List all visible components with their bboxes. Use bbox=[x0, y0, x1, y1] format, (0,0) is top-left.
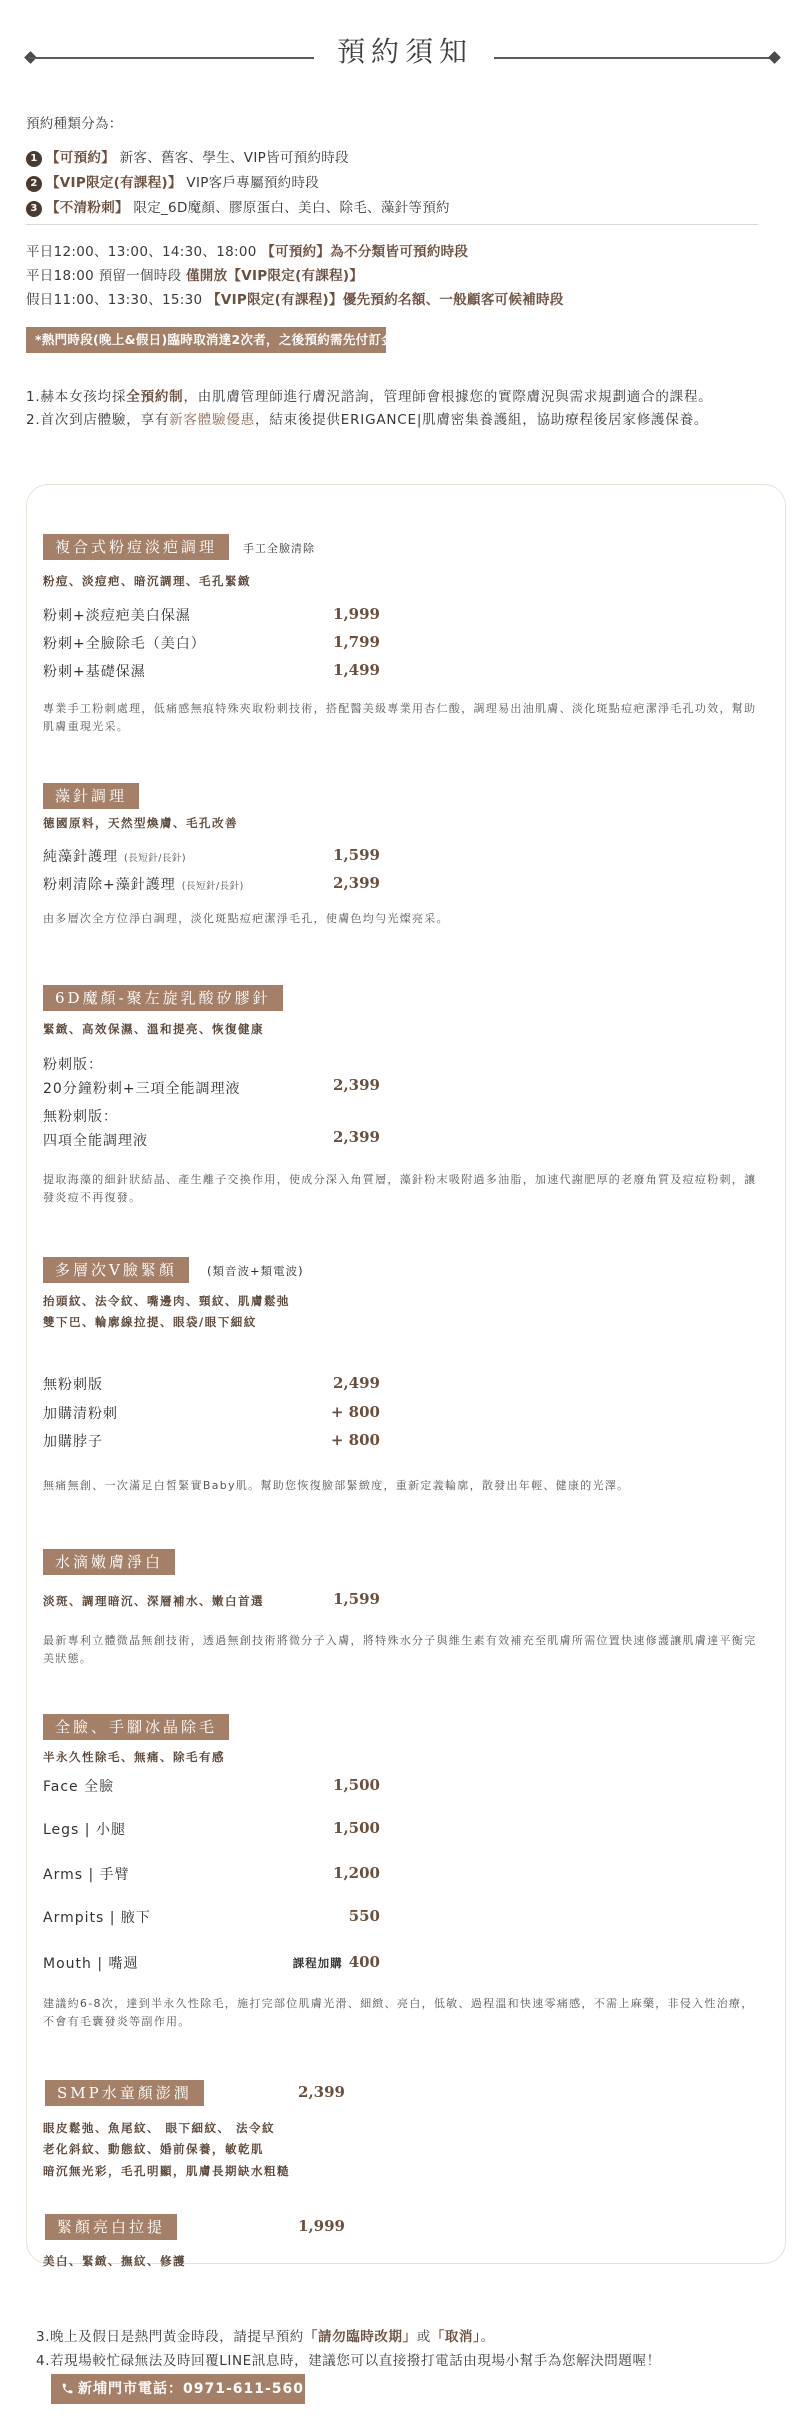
category-label-acne: 複合式粉痘淡疤調理 bbox=[43, 534, 229, 560]
service-item-name: 加購脖子 bbox=[43, 1431, 103, 1451]
category-label-6d: 6D魔顏-聚左旋乳酸矽膠針 bbox=[43, 985, 283, 1011]
category-tagline: 老化斜紋、動態紋、婚前保養，敏乾肌 bbox=[43, 2141, 264, 2157]
booking-type-text: 限定_6D魔顏、膠原蛋白、美白、除毛、藻針等預約 bbox=[133, 200, 449, 216]
number-2-icon: 2 bbox=[26, 176, 42, 192]
category-tagline: 雙下巴、輪廓線拉提、眼袋/眼下細紋 bbox=[43, 1314, 257, 1330]
category-label-water: 水滴嫩膚淨白 bbox=[43, 1549, 175, 1575]
time-slot-line: 假日11:00、13:30、15:30 【VIP限定(有課程)】優先預約名額、一… bbox=[26, 288, 564, 308]
note-text: 1.赫本女孩均採 bbox=[26, 389, 126, 405]
booking-type-label: 【VIP限定(有課程)】 bbox=[46, 175, 182, 191]
category-description: 專業手工粉刺處理，低痛感無痕特殊夾取粉刺技術，搭配醫美級專業用杏仁酸，調理易出油… bbox=[43, 700, 763, 736]
price-prefix: 課程加購 bbox=[293, 1956, 343, 1970]
service-item-name: Face 全臉 bbox=[43, 1776, 114, 1796]
booking-types-heading: 預約種類分為： bbox=[26, 112, 123, 132]
service-item-price: 2,399 bbox=[280, 2083, 345, 2101]
header-ornament-right-icon bbox=[768, 51, 781, 64]
phone-icon bbox=[61, 2382, 74, 2395]
category-description: 最新專利立體微晶無創技術，透過無創技術將微分子入膚，將特殊水分子與維生素有效補充… bbox=[43, 1632, 763, 1668]
note-highlight: 新客體驗優惠 bbox=[169, 412, 255, 428]
category-label-lift: 緊顏亮白拉提 bbox=[45, 2214, 177, 2240]
service-item-name: 粉刺+淡痘疤美白保濕 bbox=[43, 605, 191, 625]
service-item-name: 純藻針護理(長短針/長針) bbox=[43, 846, 186, 866]
service-item-price: 課程加購400 bbox=[230, 1953, 380, 1971]
category-tagline: 半永久性除毛、無痛、除毛有感 bbox=[43, 1749, 225, 1765]
service-item-note: (長短針/長針) bbox=[182, 881, 244, 892]
note-text: 3.晚上及假日是熱門黃金時段，請提早預約 bbox=[36, 2329, 304, 2345]
service-item-name: Legs | 小腿 bbox=[43, 1819, 126, 1839]
category-description: 由多層次全方位淨白調理，淡化斑點痘疤潔淨毛孔，使膚色均勻光燦亮采。 bbox=[43, 910, 763, 928]
service-item-name: Armpits | 腋下 bbox=[43, 1907, 151, 1927]
category-tagline: 暗沉無光彩，毛孔明顯，肌膚長期缺水粗糙 bbox=[43, 2163, 290, 2179]
category-label-vface: 多層次V臉緊顏 bbox=[43, 1257, 189, 1283]
service-item-price: 1,599 bbox=[300, 1590, 380, 1608]
service-variant-label: 粉刺版： bbox=[43, 1054, 103, 1074]
service-item-name: Arms | 手臂 bbox=[43, 1864, 130, 1884]
booking-type-item: 1【可預約】 新客、舊客、學生、VIP皆可預約時段 bbox=[26, 146, 349, 167]
time-slot-times: 假日11:00、13:30、15:30 bbox=[26, 292, 207, 308]
booking-type-item: 2【VIP限定(有課程)】 VIP客戶專屬預約時段 bbox=[26, 171, 319, 192]
service-item-name: Mouth | 嘴週 bbox=[43, 1953, 139, 1973]
note-text: 。 bbox=[480, 2329, 494, 2345]
service-item-title: 純藻針護理 bbox=[43, 849, 118, 865]
service-item-name: 加購清粉刺 bbox=[43, 1403, 118, 1423]
category-subtitle: (類音波+類電波) bbox=[207, 1263, 304, 1279]
service-item-name: 粉刺+基礎保濕 bbox=[43, 661, 146, 681]
service-item-price: + 800 bbox=[300, 1431, 380, 1449]
note-text: ，由肌膚管理師進行膚況諮詢，管理師會根據您的實際膚況與需求規劃適合的課程。 bbox=[183, 389, 712, 405]
service-item-name: 20分鐘粉刺+三項全能調理液 bbox=[43, 1078, 241, 1098]
booking-type-label: 【可預約】 bbox=[46, 150, 115, 166]
time-slot-rule: 【VIP限定(有課程)】優先預約名額、一般顧客可候補時段 bbox=[207, 292, 564, 308]
service-item-price: 1,599 bbox=[300, 846, 380, 864]
booking-type-text: 新客、舊客、學生、VIP皆可預約時段 bbox=[120, 150, 349, 166]
time-slot-times: 平日12:00、13:00、14:30、18:00 bbox=[26, 244, 261, 260]
service-item-price: 2,399 bbox=[300, 874, 380, 892]
time-slot-line: 平日18:00 預留一個時段 僅開放【VIP限定(有課程)】 bbox=[26, 264, 363, 284]
service-item-name: 四項全能調理液 bbox=[43, 1130, 148, 1150]
service-item-price: 2,399 bbox=[300, 1076, 380, 1094]
store-phone-button[interactable]: 新埔門市電話：0971-611-560 bbox=[51, 2374, 305, 2404]
service-item-price: 1,200 bbox=[280, 1864, 380, 1882]
booking-type-item: 3【不清粉刺】 限定_6D魔顏、膠原蛋白、美白、除毛、藻針等預約 bbox=[26, 196, 450, 217]
header-rule-left bbox=[28, 57, 314, 59]
service-item-price: 550 bbox=[280, 1907, 380, 1925]
category-tagline: 抬頭紋、法令紋、嘴邊肉、頸紋、肌膚鬆弛 bbox=[43, 1293, 290, 1309]
note-line: 1.赫本女孩均採全預約制，由肌膚管理師進行膚況諮詢，管理師會根據您的實際膚況與需… bbox=[26, 385, 713, 405]
service-item-price: 1,500 bbox=[280, 1776, 380, 1794]
category-description: 無痛無創、一次滿足白皙緊實Baby肌。幫助您恢復臉部緊緻度，重新定義輪廓，散發出… bbox=[43, 1477, 763, 1495]
note-text: ，結束後提供ERIGANCE|肌膚密集養護組，協助療程後居家修護保養。 bbox=[255, 412, 708, 428]
category-description: 建議約6-8次，達到半永久性除毛，施打完部位肌膚光滑、細緻、亮白，低敏、過程溫和… bbox=[43, 1995, 763, 2031]
number-1-icon: 1 bbox=[26, 151, 42, 167]
note-text: 2.首次到店體驗，享有 bbox=[26, 412, 169, 428]
service-item-name: 粉刺清除+藻針護理(長短針/長針) bbox=[43, 874, 244, 894]
category-subtitle: 手工全臉清除 bbox=[243, 540, 315, 556]
category-tagline: 美白、緊緻、撫紋、修護 bbox=[43, 2253, 186, 2269]
service-item-price: 1,999 bbox=[280, 2217, 345, 2235]
number-3-icon: 3 bbox=[26, 201, 42, 217]
service-variant-label: 無粉刺版： bbox=[43, 1106, 118, 1126]
service-item-price: 1,499 bbox=[300, 661, 380, 679]
service-item-price: 1,500 bbox=[280, 1819, 380, 1837]
category-label-algae: 藻針調理 bbox=[43, 783, 139, 809]
service-item-title: 粉刺清除+藻針護理 bbox=[43, 877, 176, 893]
booking-type-label: 【不清粉刺】 bbox=[46, 200, 129, 216]
service-item-price: 1,999 bbox=[300, 605, 380, 623]
page-title: 預約須知 bbox=[330, 30, 480, 70]
phone-label: 新埔門市電話：0971-611-560 bbox=[78, 2381, 304, 2397]
service-item-price: 1,799 bbox=[300, 633, 380, 651]
note-line: 4.若現場較忙碌無法及時回覆LINE訊息時，建議您可以直接撥打電話由現場小幫手為… bbox=[36, 2349, 661, 2369]
section-divider bbox=[26, 224, 758, 225]
header-rule-right bbox=[494, 57, 774, 59]
price-value: 400 bbox=[349, 1953, 380, 1971]
time-slot-rule: 僅開放【VIP限定(有課程)】 bbox=[186, 268, 363, 284]
category-description: 提取海藻的細針狀結晶、產生離子交換作用，使成分深入角質層，藻針粉末吸附過多油脂，… bbox=[43, 1171, 763, 1207]
service-item-note: (長短針/長針) bbox=[124, 853, 186, 864]
service-item-price: 2,399 bbox=[300, 1128, 380, 1146]
cancellation-notice-banner: *熱門時段(晚上&假日)臨時取消達2次者，之後預約需先付訂金$500才可預約。 bbox=[26, 327, 386, 353]
service-item-name: 無粉刺版 bbox=[43, 1374, 103, 1394]
service-item-price: 2,499 bbox=[300, 1374, 380, 1392]
category-tagline: 淡斑、調理暗沉、深層補水、嫩白首選 bbox=[43, 1593, 264, 1609]
service-item-price: + 800 bbox=[300, 1403, 380, 1421]
note-text: 或 bbox=[417, 2329, 431, 2345]
note-line: 3.晚上及假日是熱門黃金時段，請提早預約「請勿臨時改期」或「取消」。 bbox=[36, 2325, 495, 2345]
note-highlight: 「取消」 bbox=[431, 2329, 481, 2345]
time-slot-times: 平日18:00 預留一個時段 bbox=[26, 268, 186, 284]
note-highlight: 「請勿臨時改期」 bbox=[304, 2329, 417, 2345]
time-slot-rule: 【可預約】為不分類皆可預約時段 bbox=[261, 244, 468, 260]
note-line: 2.首次到店體驗，享有新客體驗優惠，結束後提供ERIGANCE|肌膚密集養護組，… bbox=[26, 408, 708, 428]
category-label-smp: SMP水童顏澎潤 bbox=[45, 2080, 204, 2106]
time-slot-line: 平日12:00、13:00、14:30、18:00 【可預約】為不分類皆可預約時… bbox=[26, 240, 468, 260]
service-item-name: 粉刺+全臉除毛（美白） bbox=[43, 633, 206, 653]
category-tagline: 粉痘、淡痘疤、暗沉調理、毛孔緊緻 bbox=[43, 573, 251, 589]
category-tagline: 緊緻、高效保濕、溫和提亮、恢復健康 bbox=[43, 1021, 264, 1037]
category-tagline: 眼皮鬆弛、魚尾紋、 眼下細紋、 法令紋 bbox=[43, 2120, 275, 2136]
note-highlight: 全預約制 bbox=[126, 389, 183, 405]
category-tagline: 德國原料，天然型煥膚、毛孔改善 bbox=[43, 815, 238, 831]
category-label-hair-removal: 全臉、手腳冰晶除毛 bbox=[43, 1714, 229, 1740]
booking-type-text: VIP客戶專屬預約時段 bbox=[186, 175, 319, 191]
